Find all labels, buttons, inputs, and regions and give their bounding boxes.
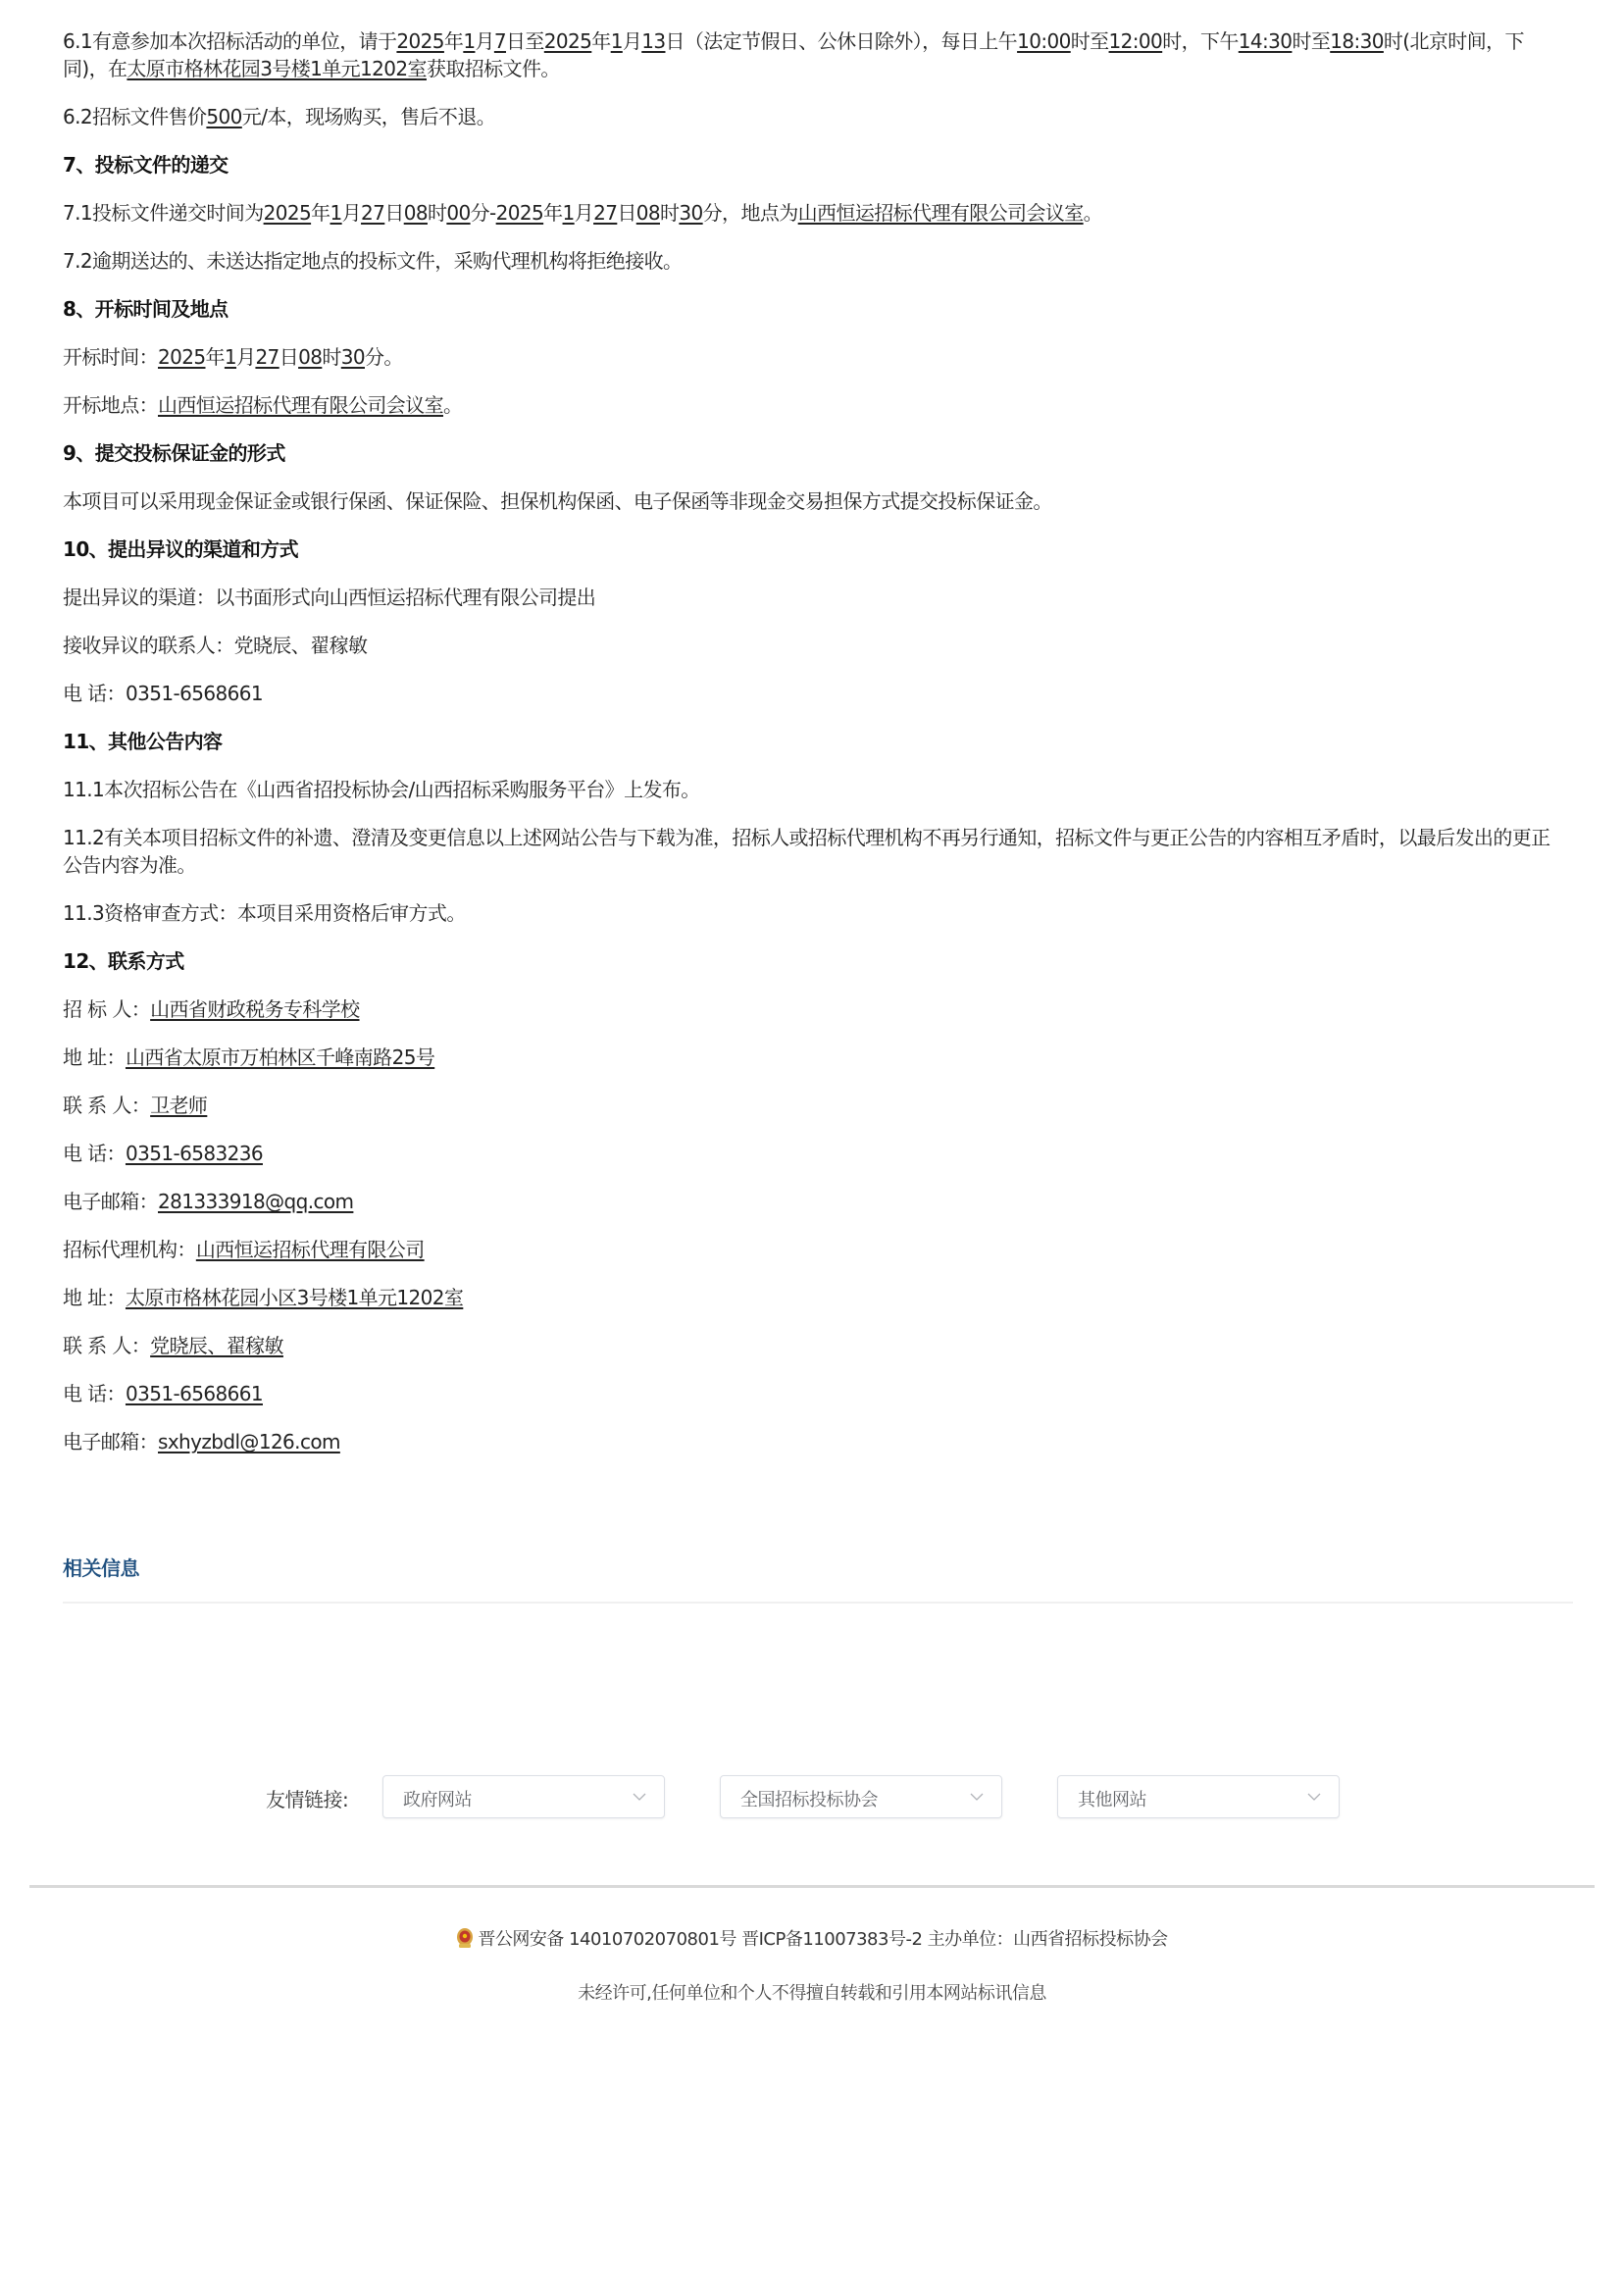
underlined-value: 1 [463, 29, 475, 53]
text-segment: 年 [444, 29, 463, 53]
contact-label: 电子邮箱： [63, 1430, 158, 1453]
select-other-sites[interactable]: 其他网站 [1057, 1775, 1340, 1818]
underlined-value: 27 [361, 201, 384, 225]
article-body: 6.1有意参加本次招标活动的单位，请于2025年1月7日至2025年1月13日（… [63, 27, 1563, 1476]
underlined-value: 08 [636, 201, 660, 225]
text-segment: 获取招标文件。 [427, 57, 560, 80]
related-info-section: 相关信息 [63, 1555, 1573, 1604]
section-heading-10: 10、提出异议的渠道和方式 [63, 535, 1563, 563]
underlined-value: 太原市格林花园3号楼1单元1202室 [127, 57, 427, 80]
text-segment: 日至 [506, 29, 544, 53]
text-segment: 分。 [365, 345, 403, 369]
underlined-value: 27 [255, 345, 279, 369]
contact-row: 电 话：0351-6583236 [63, 1140, 1563, 1167]
paragraph-11-1: 11.1本次招标公告在《山西省招投标协会/山西招标采购服务平台》上发布。 [63, 776, 1563, 803]
underlined-value: 10:00 [1017, 29, 1071, 53]
friendly-links-label: 友情链接: [266, 1784, 348, 1812]
paragraph-opening-place: 开标地点：山西恒运招标代理有限公司会议室。 [63, 391, 1563, 419]
text-segment: 。 [1084, 201, 1102, 225]
underlined-value: 2025 [496, 201, 544, 225]
underlined-value: 27 [593, 201, 617, 225]
underlined-value: 2025 [544, 29, 592, 53]
text-segment: 月 [623, 29, 641, 53]
underlined-value: 1 [563, 201, 575, 225]
contact-row: 电 话：0351-6568661 [63, 1380, 1563, 1407]
underlined-value: 1 [225, 345, 236, 369]
paragraph-7-2: 7.2逾期送达的、未送达指定地点的投标文件，采购代理机构将拒绝接收。 [63, 247, 1563, 275]
text-segment: 开标时间： [63, 345, 158, 369]
section-heading-12: 12、联系方式 [63, 947, 1563, 975]
contact-label: 电 话： [63, 1382, 126, 1405]
paragraph-objection-phone: 电 话：0351-6568661 [63, 680, 1563, 707]
contact-label: 地 址： [63, 1045, 126, 1069]
select-national-association[interactable]: 全国招标投标协会 [720, 1775, 1002, 1818]
contact-value: 山西省财政税务专科学校 [150, 997, 359, 1021]
text-segment: 7.1投标文件递交时间为 [63, 201, 264, 225]
text-segment: 月 [342, 201, 361, 225]
underlined-value: 14:30 [1239, 29, 1293, 53]
contact-row: 联 系 人：党晓辰、翟稼敏 [63, 1332, 1563, 1359]
contact-label: 联 系 人： [63, 1334, 150, 1357]
text-segment: 分- [471, 201, 496, 225]
contact-value: 0351-6568661 [126, 1382, 263, 1405]
select-government-sites[interactable]: 政府网站 [382, 1775, 665, 1818]
select-value: 其他网站 [1078, 1786, 1146, 1811]
contact-value: 党晓辰、翟稼敏 [150, 1334, 283, 1357]
select-value: 政府网站 [403, 1786, 472, 1811]
contact-email-link[interactable]: 281333918@qq.com [158, 1190, 353, 1213]
contact-email-link[interactable]: sxhyzbdl@126.com [158, 1430, 340, 1453]
underlined-value: 1 [330, 201, 342, 225]
text-segment: 时 [322, 345, 340, 369]
contact-label: 招标代理机构： [63, 1238, 196, 1261]
section-heading-8: 8、开标时间及地点 [63, 295, 1563, 323]
paragraph-9: 本项目可以采用现金保证金或银行保函、保证保险、担保机构保函、电子保函等非现金交易… [63, 487, 1563, 515]
text-segment: 6.2招标文件售价 [63, 105, 206, 128]
paragraph-11-2: 11.2有关本项目招标文件的补遗、澄清及变更信息以上述网站公告与下载为准，招标人… [63, 824, 1563, 879]
underlined-value: 山西恒运招标代理有限公司会议室 [798, 201, 1084, 225]
contact-value: 0351-6583236 [126, 1142, 263, 1165]
contact-row: 电子邮箱：sxhyzbdl@126.com [63, 1428, 1563, 1455]
text-segment: 。 [443, 393, 462, 417]
underlined-value: 30 [679, 201, 702, 225]
friendly-links-bar: 友情链接: 政府网站 全国招标投标协会 其他网站 [0, 1775, 1624, 1820]
text-segment: 时至 [1292, 29, 1330, 53]
text-segment: 开标地点： [63, 393, 158, 417]
underlined-value: 13 [641, 29, 665, 53]
footer-registration: 晋公网安备 14010702070801号 晋ICP备11007383号-2 主… [0, 1927, 1624, 1953]
contact-row: 地 址：山西省太原市万柏林区千峰南路25号 [63, 1044, 1563, 1071]
contact-list: 招 标 人：山西省财政税务专科学校 地 址：山西省太原市万柏林区千峰南路25号 … [63, 995, 1563, 1455]
contact-row: 招 标 人：山西省财政税务专科学校 [63, 995, 1563, 1023]
contact-label: 地 址： [63, 1286, 126, 1309]
paragraph-7-1: 7.1投标文件递交时间为2025年1月27日08时00分-2025年1月27日0… [63, 199, 1563, 227]
underlined-value: 30 [341, 345, 365, 369]
text-segment: 日 [617, 201, 635, 225]
contact-row: 地 址：太原市格林花园小区3号楼1单元1202室 [63, 1284, 1563, 1311]
contact-label: 联 系 人： [63, 1094, 150, 1117]
related-info-title: 相关信息 [63, 1555, 1573, 1582]
underlined-value: 2025 [264, 201, 312, 225]
section-heading-7: 7、投标文件的递交 [63, 151, 1563, 178]
underlined-value: 500 [206, 105, 241, 128]
text-segment: 时 [660, 201, 679, 225]
text-segment: 日 [384, 201, 403, 225]
contact-label: 电 话： [63, 1142, 126, 1165]
text-segment: 年 [591, 29, 610, 53]
chevron-down-icon [968, 1788, 986, 1806]
underlined-value: 山西恒运招标代理有限公司会议室 [158, 393, 443, 417]
footer-registration-text[interactable]: 晋公网安备 14010702070801号 晋ICP备11007383号-2 主… [478, 1929, 1167, 1950]
paragraph-6-1: 6.1有意参加本次招标活动的单位，请于2025年1月7日至2025年1月13日（… [63, 27, 1563, 82]
text-segment: 时 [428, 201, 446, 225]
footer-copyright: 未经许可,任何单位和个人不得擅自转载和引用本网站标讯信息 [0, 1981, 1624, 2007]
chevron-down-icon [631, 1788, 648, 1806]
contact-value: 山西省太原市万柏林区千峰南路25号 [126, 1045, 434, 1069]
paragraph-objection-channel: 提出异议的渠道：以书面形式向山西恒运招标代理有限公司提出 [63, 584, 1563, 611]
underlined-value: 2025 [396, 29, 444, 53]
text-segment: 日（法定节假日、公休日除外），每日上午 [665, 29, 1017, 53]
text-segment: 元/本，现场购买，售后不退。 [242, 105, 495, 128]
contact-row: 招标代理机构：山西恒运招标代理有限公司 [63, 1236, 1563, 1263]
contact-value: 太原市格林花园小区3号楼1单元1202室 [126, 1286, 463, 1309]
section-heading-9: 9、提交投标保证金的形式 [63, 439, 1563, 467]
text-segment: 日 [279, 345, 298, 369]
section-heading-11: 11、其他公告内容 [63, 728, 1563, 755]
text-segment: 年 [206, 345, 225, 369]
chevron-down-icon [1305, 1788, 1323, 1806]
related-info-divider [63, 1602, 1573, 1604]
contact-row: 电子邮箱：281333918@qq.com [63, 1188, 1563, 1215]
underlined-value: 1 [611, 29, 623, 53]
text-segment: 年 [543, 201, 562, 225]
underlined-value: 12:00 [1109, 29, 1163, 53]
paragraph-opening-time: 开标时间：2025年1月27日08时30分。 [63, 343, 1563, 371]
paragraph-11-3: 11.3资格审查方式：本项目采用资格后审方式。 [63, 899, 1563, 927]
contact-value: 卫老师 [150, 1094, 207, 1117]
underlined-value: 18:30 [1330, 29, 1384, 53]
text-segment: 月 [575, 201, 593, 225]
paragraph-objection-contact: 接收异议的联系人：党晓辰、翟稼敏 [63, 632, 1563, 659]
text-segment: 年 [311, 201, 330, 225]
text-segment: 时至 [1071, 29, 1109, 53]
underlined-value: 08 [404, 201, 428, 225]
footer-divider [29, 1885, 1595, 1888]
text-segment: 6.1有意参加本次招标活动的单位，请于 [63, 29, 396, 53]
text-segment: 时，下午 [1162, 29, 1239, 53]
contact-label: 电子邮箱： [63, 1190, 158, 1213]
police-emblem-icon [456, 1927, 474, 1949]
underlined-value: 08 [298, 345, 322, 369]
text-segment: 分，地点为 [703, 201, 798, 225]
paragraph-6-2: 6.2招标文件售价500元/本，现场购买，售后不退。 [63, 103, 1563, 130]
underlined-value: 00 [446, 201, 470, 225]
contact-label: 招 标 人： [63, 997, 150, 1021]
contact-value: 山西恒运招标代理有限公司 [196, 1238, 425, 1261]
contact-row: 联 系 人：卫老师 [63, 1092, 1563, 1119]
select-value: 全国招标投标协会 [740, 1786, 878, 1811]
underlined-value: 7 [494, 29, 506, 53]
text-segment: 月 [475, 29, 493, 53]
underlined-value: 2025 [158, 345, 206, 369]
text-segment: 月 [236, 345, 255, 369]
